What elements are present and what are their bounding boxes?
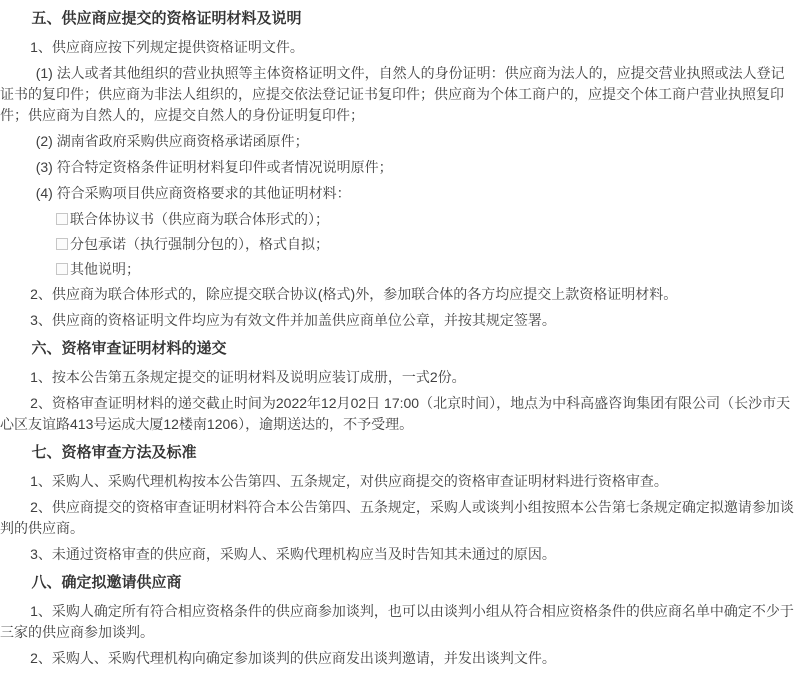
section-heading: 八、确定拟邀请供应商 xyxy=(0,572,798,594)
paragraph: 1、供应商应按下列规定提供资格证明文件。 xyxy=(0,37,798,58)
section-heading: 六、资格审查证明材料的递交 xyxy=(0,338,798,360)
section-heading: 七、资格审查方法及标准 xyxy=(0,442,798,464)
paragraph: (4) 符合采购项目供应商资格要求的其他证明材料： xyxy=(0,183,798,204)
paragraph: 2、资格审查证明材料的递交截止时间为2022年12月02日 17:00（北京时间… xyxy=(0,393,798,435)
checkbox-icon xyxy=(56,263,68,275)
paragraph: (2) 湖南省政府采购供应商资格承诺函原件； xyxy=(0,131,798,152)
paragraph: 1、采购人确定所有符合相应资格条件的供应商参加谈判，也可以由谈判小组从符合相应资… xyxy=(0,601,798,643)
paragraph: 2、采购人、采购代理机构向确定参加谈判的供应商发出谈判邀请，并发出谈判文件。 xyxy=(0,648,798,669)
paragraph: 3、供应商的资格证明文件均应为有效文件并加盖供应商单位公章，并按其规定签署。 xyxy=(0,310,798,331)
checkbox-item: 联合体协议书（供应商为联合体形式的）； xyxy=(0,209,798,230)
section-materials-submission: 六、资格审查证明材料的递交 1、按本公告第五条规定提交的证明材料及说明应装订成册… xyxy=(0,338,798,435)
paragraph: 2、供应商为联合体形式的，除应提交联合协议(格式)外，参加联合体的各方均应提交上… xyxy=(0,284,798,305)
checkbox-icon xyxy=(56,213,68,225)
checkbox-icon xyxy=(56,238,68,250)
checkbox-label: 联合体协议书（供应商为联合体形式的）； xyxy=(70,211,329,227)
procurement-notice-document: 五、供应商应提交的资格证明材料及说明 1、供应商应按下列规定提供资格证明文件。 … xyxy=(0,0,800,680)
checkbox-item: 分包承诺（执行强制分包的），格式自拟； xyxy=(0,234,798,255)
checkbox-item: 其他说明； xyxy=(0,259,798,280)
paragraph: (1) 法人或者其他组织的营业执照等主体资格证明文件，自然人的身份证明：供应商为… xyxy=(0,63,798,126)
paragraph: 1、按本公告第五条规定提交的证明材料及说明应装订成册，一式2份。 xyxy=(0,367,798,388)
section-review-method-standards: 七、资格审查方法及标准 1、采购人、采购代理机构按本公告第四、五条规定，对供应商… xyxy=(0,442,798,565)
paragraph: 3、未通过资格审查的供应商，采购人、采购代理机构应当及时告知其未通过的原因。 xyxy=(0,544,798,565)
paragraph: (3) 符合特定资格条件证明材料复印件或者情况说明原件； xyxy=(0,157,798,178)
paragraph: 2、供应商提交的资格审查证明材料符合本公告第四、五条规定，采购人或谈判小组按照本… xyxy=(0,497,798,539)
paragraph: 1、采购人、采购代理机构按本公告第四、五条规定，对供应商提交的资格审查证明材料进… xyxy=(0,471,798,492)
section-supplier-qualification-materials: 五、供应商应提交的资格证明材料及说明 1、供应商应按下列规定提供资格证明文件。 … xyxy=(0,8,798,331)
section-determine-invited-suppliers: 八、确定拟邀请供应商 1、采购人确定所有符合相应资格条件的供应商参加谈判，也可以… xyxy=(0,572,798,669)
checkbox-label: 分包承诺（执行强制分包的），格式自拟； xyxy=(70,236,329,252)
section-heading: 五、供应商应提交的资格证明材料及说明 xyxy=(0,8,798,30)
checkbox-label: 其他说明； xyxy=(70,261,140,277)
